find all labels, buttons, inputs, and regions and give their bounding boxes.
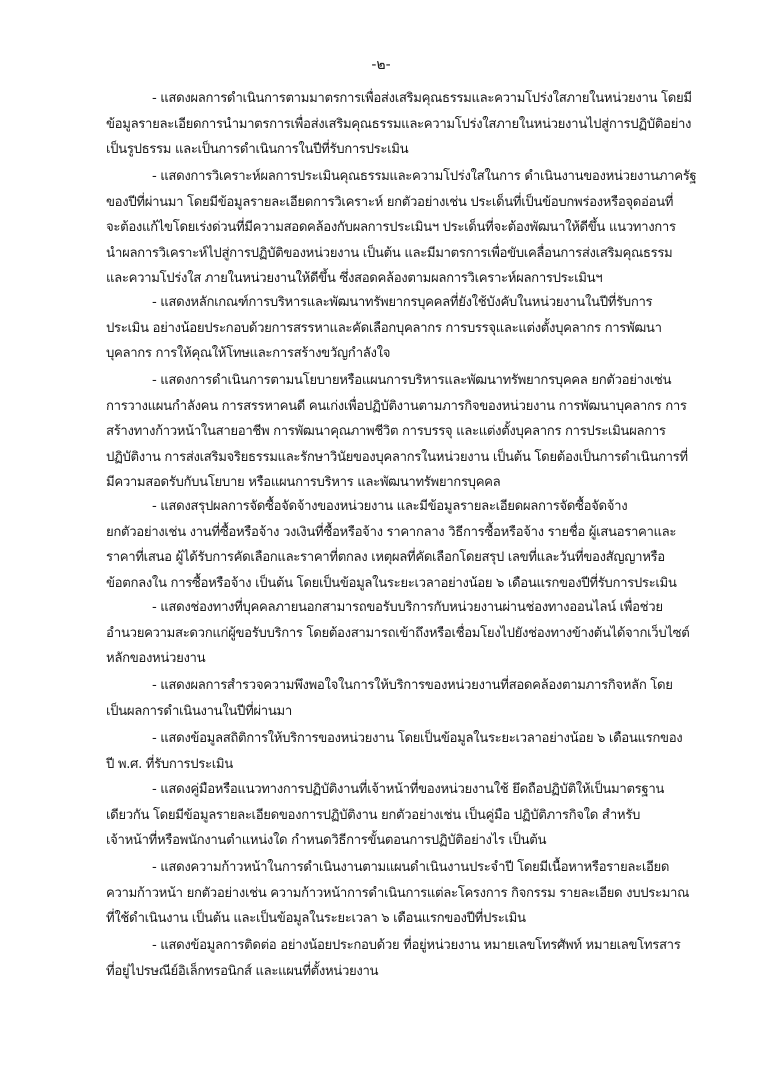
bullet-line: - แสดงสรุปผลการจัดซื้อจัดจ้างของหน่วยงาน…	[152, 498, 627, 516]
bullet-line: - แสดงหลักเกณฑ์การบริหารและพัฒนาทรัพยากร…	[152, 294, 652, 312]
text-line: มีความสอดรับกับนโยบาย หรือแผนการบริหาร แ…	[106, 474, 500, 492]
text-line: ความก้าวหน้า ยกตัวอย่างเช่น ความก้าวหน้า…	[106, 885, 689, 903]
text-line: สร้างทางก้าวหน้าในสายอาชีพ การพัฒนาคุณภา…	[106, 423, 666, 441]
bullet-line: - แสดงข้อมูลการติดต่อ อย่างน้อยประกอบด้ว…	[152, 937, 680, 955]
text-line: ปี พ.ศ. ที่รับการประเมิน	[106, 756, 233, 774]
text-line: เป็นผลการดำเนินงานในปีที่ผ่านมา	[106, 703, 292, 721]
bullet-line: - แสดงผลการสำรวจความพึงพอใจในการให้บริกา…	[152, 677, 673, 695]
bullet-line: - แสดงคู่มือหรือแนวทางการปฏิบัติงานที่เจ…	[152, 781, 664, 799]
text-line: เดียวกัน โดยมีข้อมูลรายละเอียดของการปฏิบ…	[106, 807, 640, 825]
text-line: ปฏิบัติงาน การส่งเสริมจริยธรรมและรักษาวิ…	[106, 449, 688, 467]
bullet-line: - แสดงการวิเคราะห์ผลการประเมินคุณธรรมและ…	[152, 168, 696, 186]
text-line: ประเมิน อย่างน้อยประกอบด้วยการสรรหาและคั…	[106, 320, 662, 338]
text-line: เจ้าหน้าที่หรือพนักงานตำแหน่งใด กำหนดวิธ…	[106, 832, 546, 850]
text-line: อำนวยความสะดวกแก่ผู้ขอรับบริการ โดยต้องส…	[106, 625, 689, 643]
page-number: -๒-	[0, 56, 762, 74]
text-line: บุคลากร การให้คุณให้โทษและการสร้างขวัญกำ…	[106, 345, 390, 363]
bullet-line: - แสดงผลการดำเนินการตามมาตรการเพื่อส่งเส…	[152, 90, 692, 108]
bullet-line: - แสดงข้อมูลสถิติการให้บริการของหน่วยงาน…	[152, 730, 682, 748]
text-line: นำผลการวิเคราะห์ไปสู่การปฏิบัติของหน่วยง…	[106, 245, 672, 263]
text-line: ที่ใช้ดำเนินงาน เป็นต้น และเป็นข้อมูลในร…	[106, 910, 526, 928]
bullet-line: - แสดงความก้าวหน้าในการดำเนินงานตามแผนดำ…	[152, 859, 669, 877]
text-line: ของปีที่ผ่านมา โดยมีข้อมูลรายละเอียดการว…	[106, 194, 673, 212]
text-line: ยกตัวอย่างเช่น งานที่ซื้อหรือจ้าง วงเงิน…	[106, 524, 676, 542]
bullet-line: - แสดงการดำเนินการตามนโยบายหรือแผนการบริ…	[152, 372, 671, 390]
text-line: จะต้องแก้ไขโดยเร่งด่วนที่มีความสอดคล้องก…	[106, 219, 676, 237]
text-line: ที่อยู่ไปรษณีย์อิเล็กทรอนิกส์ และแผนที่ต…	[106, 963, 378, 981]
document-page: -๒- - แสดงผลการดำเนินการตามมาตรการเพื่อส…	[0, 0, 762, 1080]
text-line: หลักของหน่วยงาน	[106, 650, 205, 668]
text-line: ราคาที่เสนอ ผู้ได้รับการคัดเลือกและราคาท…	[106, 549, 665, 567]
text-line: ข้อมูลรายละเอียดการนำมาตรการเพื่อส่งเสริ…	[106, 116, 691, 134]
text-line: การวางแผนกำลังคน การสรรหาคนดี คนเก่งเพื่…	[106, 398, 687, 416]
text-line: และความโปร่งใส ภายในหน่วยงานให้ดีขึ้น ซึ…	[106, 270, 602, 288]
bullet-line: - แสดงช่องทางที่บุคคลภายนอกสามารถขอรับบร…	[152, 599, 663, 617]
text-line: เป็นรูปธรรม และเป็นการดำเนินการในปีที่รั…	[106, 141, 408, 159]
text-line: ข้อตกลงใน การซื้อหรือจ้าง เป็นต้น โดยเป็…	[106, 575, 677, 593]
